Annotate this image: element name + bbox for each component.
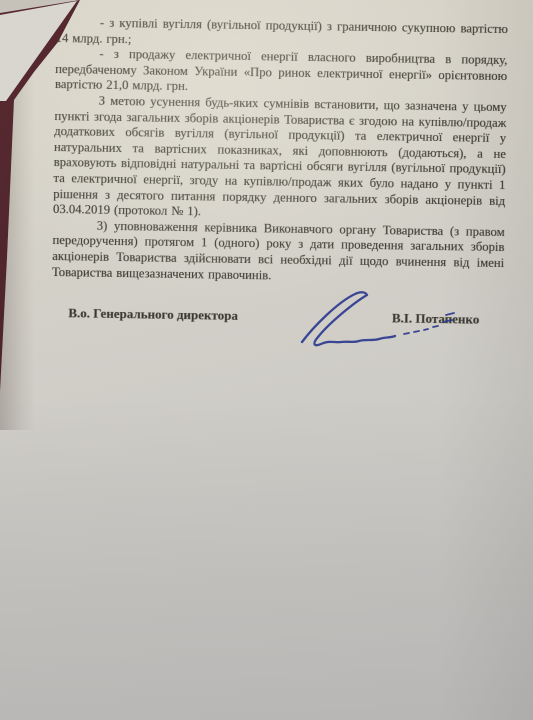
document-text: - з купівлі вугілля (вугільної продукції… <box>51 15 508 328</box>
photo-of-document: - з купівлі вугілля (вугільної продукції… <box>0 0 533 720</box>
paragraph-authorization: 3) уповноваження керівника Виконавчого о… <box>52 218 505 287</box>
paragraph-clarification: З метою усунення будь-яких сумнівів вста… <box>53 93 507 225</box>
signature-scribble <box>278 282 470 358</box>
signer-title: В.о. Генерального директора <box>68 305 238 323</box>
document-page: - з купівлі вугілля (вугільної продукції… <box>0 0 533 720</box>
paragraph-electricity-sale: - з продажу електричної енергії власного… <box>55 46 508 100</box>
